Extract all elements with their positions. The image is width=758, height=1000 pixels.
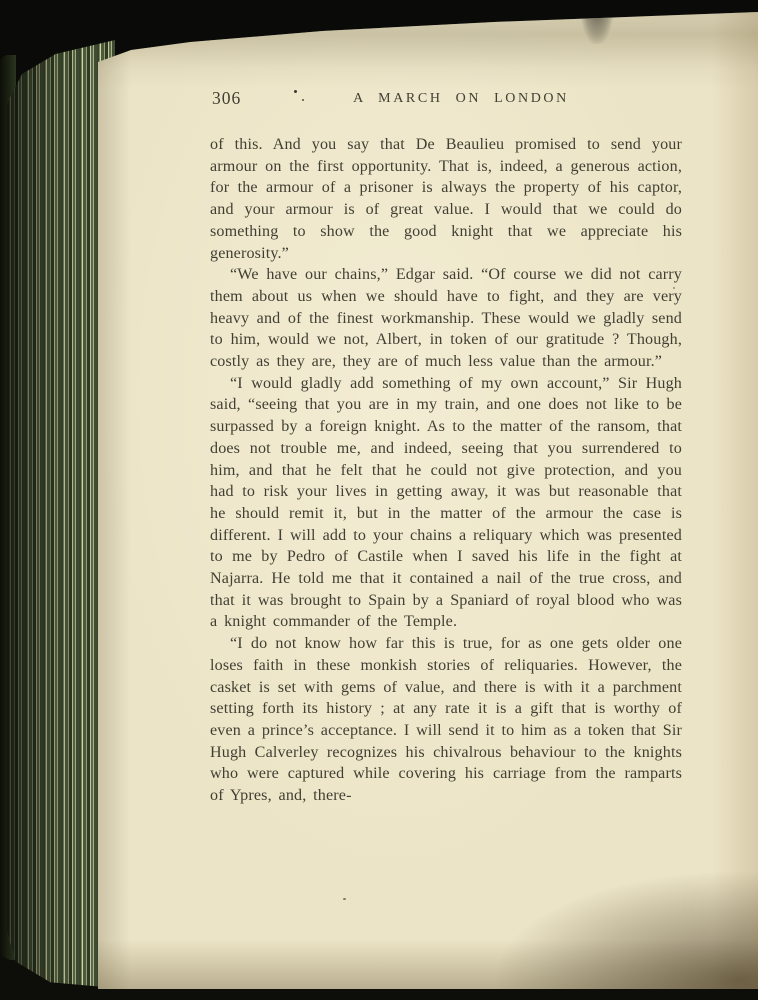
- page-content: 306 A MARCH ON LONDON of this. And you s…: [210, 88, 682, 807]
- paragraph: of this. And you say that De Beaulieu pr…: [210, 134, 682, 264]
- body-text: of this. And you say that De Beaulieu pr…: [210, 134, 682, 807]
- page-speck: [343, 898, 346, 900]
- paragraph: “We have our chains,” Edgar said. “Of co…: [210, 264, 682, 373]
- scan-smudge: [580, 0, 614, 44]
- book-scan-scene: 306 A MARCH ON LONDON of this. And you s…: [0, 0, 758, 1000]
- page-number: 306: [212, 88, 241, 109]
- page-speck: [673, 287, 675, 289]
- page-header: 306 A MARCH ON LONDON: [210, 88, 682, 114]
- page-speck: [302, 99, 304, 101]
- running-title: A MARCH ON LONDON: [280, 91, 642, 107]
- paragraph: “I do not know how far this is true, for…: [210, 633, 682, 807]
- paragraph: “I would gladly add something of my own …: [210, 373, 682, 633]
- page-speck: [294, 90, 297, 93]
- book-page: 306 A MARCH ON LONDON of this. And you s…: [98, 0, 758, 989]
